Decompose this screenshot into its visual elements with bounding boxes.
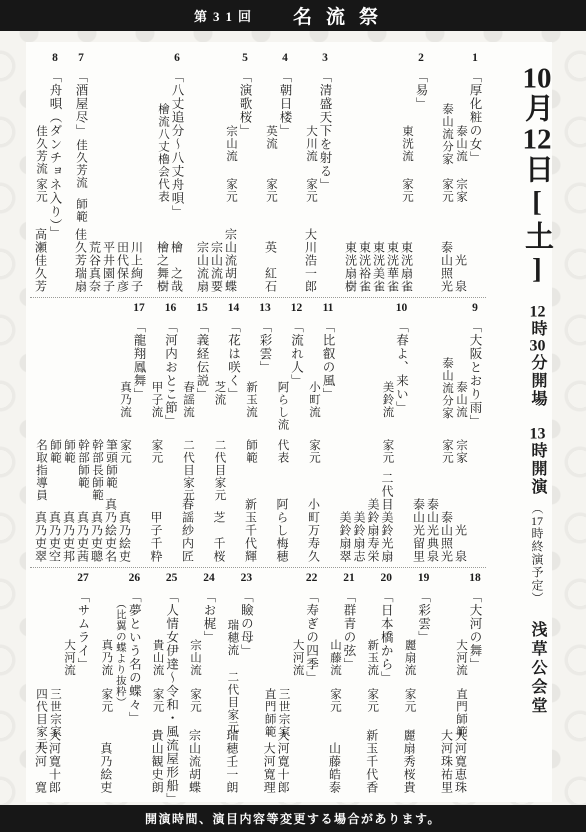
program-column: 英流家元英 紅石 <box>265 52 278 295</box>
school-name: 泰山流分家 <box>439 103 455 166</box>
rank-label: 師範 <box>73 198 89 223</box>
rank-label: 師範 <box>47 439 63 464</box>
rank-label: 家元 <box>187 688 203 713</box>
program-column: 東洸華雀 <box>387 52 400 295</box>
program-item-2: 2「易」東洸流家元東洸扇雀東洸華雀東洸美雀東洸裕雀東洸扇樹 <box>344 52 428 295</box>
event-title: 名流祭 <box>293 2 392 29</box>
program-band-3: 18「大河の舞」大河流直門師範大河寛恵珠大河珠祐里19「彩雲」麗扇流家元麗扇秀桜… <box>30 568 486 798</box>
program-item-15: 15「義経伝説」春謡流二代目家元春謡紗内匠 <box>181 302 209 565</box>
item-number: 2 <box>415 52 428 64</box>
spacer <box>537 288 538 304</box>
date-venue-column: 10月12日[土]12時30分開場 13時開演（17時終演予定）浅草公会堂 <box>488 42 552 802</box>
program-column: 泰山流分家家元泰山照光 <box>441 52 454 295</box>
rank-label: 二代目家元 <box>180 439 196 502</box>
program-column: 美鈴扇志 <box>353 302 366 565</box>
rank-label: 宗家 <box>453 439 469 464</box>
item-number: 17 <box>133 302 146 314</box>
program-item-5: 5「演歌桜」宗山流家元宗山流胡蝶宗山流要宗山流扇 <box>196 52 252 295</box>
program-item-13: 13「彩雲」新玉流師範新玉千代輝 <box>244 302 272 565</box>
school-name: 真乃流 <box>98 639 114 677</box>
program-column: 東洸扇樹 <box>345 52 358 295</box>
item-number: 12 <box>290 302 303 314</box>
program-column: 四代目家元大河 寛 <box>35 572 48 796</box>
school-name: 泰山流 <box>453 125 469 163</box>
rank-label: 家元 <box>327 688 343 713</box>
program-item-11: 11「比叡の風」小町流家元小町万寿久 <box>307 302 335 565</box>
performer-name: 小町万寿久 <box>306 498 323 563</box>
performer-name: 檜之舞樹 <box>155 241 172 293</box>
program-column: 甲子流家元甲子千粋 <box>150 302 163 565</box>
program-column: 24「お梶」 <box>202 572 215 796</box>
rank-label: 師範 <box>61 439 77 464</box>
program-column: 幹部師範真乃吏茜 <box>77 302 90 565</box>
performer-name: 高瀬佳久芳 <box>33 228 50 293</box>
item-number: 8 <box>49 52 62 64</box>
item-number: 26 <box>128 572 141 584</box>
program-column: 13「彩雲」 <box>259 302 272 565</box>
school-name: 泰山流分家 <box>439 357 455 420</box>
program-column: 新玉流家元新玉千代香 <box>366 572 379 796</box>
program-column: 名取指導員真乃吏翠 <box>35 302 48 565</box>
program-column: 佳久芳流家元高瀬佳久芳 <box>35 52 48 295</box>
program-band-2: 9「大阪とおり雨」泰山流宗家光 泉泰山流分家家元泰山照光泰山光典泉泰山光留里10… <box>30 298 486 568</box>
performer-name: 泰山照光 <box>439 241 456 293</box>
program-column: 19「彩雲」 <box>417 572 430 796</box>
program-column: 14「花は咲く」 <box>227 302 240 565</box>
item-number: 9 <box>469 302 482 314</box>
program-item-10: 10「春よ、来い」美鈴流家元二代目美鈴光扇美鈴扇寿栄美鈴扇志美鈴扇翠 <box>339 302 409 565</box>
school-name: 甲子流 <box>149 381 165 419</box>
item-number: 10 <box>395 302 408 314</box>
performer-name: 新玉千代輝 <box>243 498 260 563</box>
event-venue: 浅草公会堂 <box>529 621 546 716</box>
rank-label: 名取指導員 <box>33 439 49 502</box>
rank-label: 幹部師範 <box>75 439 91 489</box>
item-number: 16 <box>164 302 177 314</box>
program-column: 2「易」 <box>415 52 428 295</box>
school-name: 小町流 <box>306 381 322 419</box>
performer-name: 阿らし梅穂 <box>274 498 291 563</box>
item-number: 18 <box>468 572 481 584</box>
program-column: 16「河内おとこ節」 <box>164 302 177 565</box>
school-name: 芝流 <box>212 381 228 406</box>
program-column: 瑞穂流二代目家元瑞穂壬一朗 <box>226 572 239 796</box>
performer-name: 山藤皓泰 <box>326 742 343 794</box>
program-column: 12「流れ人」 <box>290 302 303 565</box>
item-number: 3 <box>319 52 332 64</box>
performer-name: 大河寛理 <box>261 742 278 794</box>
program-column: 泰山流宗家光 泉 <box>455 302 468 565</box>
performer-name: 春謡紗内匠 <box>180 498 197 563</box>
spacer <box>537 605 538 621</box>
item-number: 15 <box>196 302 209 314</box>
program-column: 荒谷真奈 <box>89 52 102 295</box>
program-column: 6「八丈追分～八丈舟唄」檜 之哉 <box>171 52 184 295</box>
rank-label: 家元 <box>306 439 322 464</box>
program-item-17: 17「龍翔鳳舞」真乃流家元真乃絵吏筆頭師範真乃絵吏名幹部長師範真乃吏聰幹部師範真… <box>34 302 146 565</box>
program-item-4: 4「朝日楼」英流家元英 紅石 <box>264 52 292 295</box>
program-column: 阿らし流代表阿らし梅穂 <box>276 302 289 565</box>
rank-label: 家元 <box>399 178 415 203</box>
program-column: 東洸流家元東洸扇雀 <box>401 52 414 295</box>
rank-label: 家元 <box>33 178 49 203</box>
program-bands: 1「厚化粧の女」泰山流宗家光 泉泰山流分家家元泰山照光2「易」東洸流家元東洸扇雀… <box>26 42 488 802</box>
program-item-23: 23「瞼の母」瑞穂流二代目家元瑞穂壬一朗 <box>225 572 253 796</box>
performer-name: 泰山光留里 <box>411 498 428 563</box>
bottom-banner: 開演時間、演目内容等変更する場合があります。 <box>0 805 586 832</box>
program-column: 4「朝日楼」 <box>279 52 292 295</box>
rank-label: 家元 <box>364 688 380 713</box>
rank-label: 家元 <box>439 178 455 203</box>
performer-name: 宗山流胡蝶 <box>186 729 203 794</box>
school-name: 阿らし流 <box>275 381 291 431</box>
program-item-8: 8「舟唄（ダンチョネ入り）」佳久芳流家元高瀬佳久芳 <box>34 52 62 295</box>
program-column: 麗扇流家元麗扇秀桜貴 <box>403 572 416 796</box>
program-column: 大河流直門師範大河寛恵珠 <box>454 572 467 796</box>
performer-name: 貴山観史朗 <box>149 729 166 794</box>
rank-label: 家元 <box>98 688 114 713</box>
event-date: 10月12日[土] <box>521 64 553 288</box>
program-column: 貴山流家元貴山観史朗 <box>151 572 164 796</box>
rank-label: 代表 <box>155 178 171 203</box>
program-column: 三世宗家大河寛十郎 <box>277 572 290 796</box>
program-column: 田代保彦 <box>117 52 130 295</box>
program-column: 宗山流家元宗山流胡蝶 <box>225 52 238 295</box>
rank-label: 家元 <box>402 688 418 713</box>
program-column: 師範真乃吏邦 <box>63 302 76 565</box>
program-column: 美鈴流家元二代目美鈴光扇 <box>381 302 394 565</box>
program-column: 20「日本橋から」 <box>380 572 393 796</box>
program-column: 17「龍翔鳳舞」 <box>133 302 146 565</box>
item-number: 20 <box>380 572 393 584</box>
program-column: 筆頭師範真乃絵吏名 <box>105 302 118 565</box>
performer-name: 麗扇秀桜貴 <box>401 729 418 794</box>
item-title: 「夢という名の蝶々」 <box>125 590 143 725</box>
program-column: 師範真乃吏空 <box>49 302 62 565</box>
school-name: 新玉流 <box>243 381 259 419</box>
school-name: 檜流八丈櫓会 <box>155 103 171 178</box>
rank-label: 家元 <box>303 178 319 203</box>
school-name: 英流 <box>263 125 279 150</box>
program-column: 真乃流家元真乃絵吏 <box>119 302 132 565</box>
program-column: 泰山流宗家光 泉 <box>455 52 468 295</box>
performer-name: 東洸扇樹 <box>343 241 360 293</box>
program-column: 8「舟唄（ダンチョネ入り）」 <box>49 52 62 295</box>
program-column: 新玉流師範新玉千代輝 <box>245 302 258 565</box>
performer-name: 大河 寛 <box>33 742 50 794</box>
item-number: 1 <box>469 52 482 64</box>
rank-label: 二代目家元 <box>212 439 228 502</box>
school-name: 宗山流 <box>223 125 239 163</box>
event-edition: 第31回 <box>194 6 257 25</box>
program-item-16: 16「河内おとこ節」甲子流家元甲子千粋 <box>150 302 178 565</box>
program-item-3: 3「清盛天下を射る」大川流家元大川浩一郎 <box>304 52 332 295</box>
item-number: 4 <box>279 52 292 64</box>
event-time: 12時30分開場 13時開演 <box>529 304 546 496</box>
performer-name: 英 紅石 <box>263 241 280 293</box>
rank-label: 幹部長師範 <box>89 439 105 502</box>
school-name: 新玉流 <box>364 639 380 677</box>
program-item-18: 18「大河の舞」大河流直門師範大河寛恵珠大河珠祐里 <box>440 572 482 796</box>
program-column: 三世宗家大河寛十郎 <box>49 572 62 796</box>
program-item-26: 26「夢という名の蝶々」（比翼の蝶より抜粋）真乃流家元真乃絵吏 <box>99 572 141 796</box>
performer-name: 真乃吏翠 <box>33 511 50 563</box>
program-column: 東洸裕雀 <box>359 52 372 295</box>
performer-name: 瑞穂壬一朗 <box>224 729 241 794</box>
program-column: 直門師範大河寛理 <box>263 572 276 796</box>
school-name: 大河流 <box>290 639 306 677</box>
program-column: 真乃流家元真乃絵吏 <box>100 572 113 796</box>
rank-label: 家元 <box>439 439 455 464</box>
item-number: 14 <box>227 302 240 314</box>
performer-name: 大河珠祐里 <box>438 729 455 794</box>
item-title: （比翼の蝶より抜粋） <box>113 598 128 708</box>
school-name: 美鈴流 <box>380 381 396 419</box>
item-number: 25 <box>165 572 178 584</box>
program-column: 美鈴扇翠 <box>339 302 352 565</box>
program-column: 21「群青の弦」 <box>342 572 355 796</box>
rank-label: 家元 <box>263 178 279 203</box>
program-item-14: 14「花は咲く」芝流二代目家元芝 千桜 <box>213 302 241 565</box>
rank-label: 家元 <box>380 439 396 464</box>
program-item-1: 1「厚化粧の女」泰山流宗家光 泉泰山流分家家元泰山照光 <box>440 52 482 295</box>
program-band-1: 1「厚化粧の女」泰山流宗家光 泉泰山流分家家元泰山照光2「易」東洸流家元東洸扇雀… <box>30 48 486 298</box>
program-column: 大河流 <box>63 572 76 796</box>
program-item-6: 6「八丈追分～八丈舟唄」檜 之哉檜流八丈櫓会代表檜之舞樹 <box>156 52 184 295</box>
item-number: 11 <box>322 302 335 314</box>
item-number: 5 <box>239 52 252 64</box>
program-column: 小町流家元小町万寿久 <box>308 302 321 565</box>
rank-label: 代表 <box>275 439 291 464</box>
rank-label: 師範 <box>243 439 259 464</box>
item-number: 22 <box>305 572 318 584</box>
school-name: 大河流 <box>453 639 469 677</box>
rank-label: 二代目家元 <box>224 671 240 734</box>
school-name: 瑞穂流 <box>224 619 240 657</box>
school-name: 真乃流 <box>117 381 133 419</box>
school-name: 春謡流 <box>180 381 196 419</box>
rank-label: 家元 <box>117 439 133 464</box>
program-column: 18「大河の舞」 <box>468 572 481 796</box>
item-number: 21 <box>342 572 355 584</box>
item-number: 6 <box>171 52 184 64</box>
program-column: 泰山光典泉 <box>427 302 440 565</box>
program-column: 3「清盛天下を射る」 <box>319 52 332 295</box>
school-name: 山藤流 <box>327 639 343 677</box>
program-column: 山藤流家元山藤皓泰 <box>328 572 341 796</box>
program-column: 芝流二代目家元芝 千桜 <box>213 302 226 565</box>
program-column: 27「サムライ」 <box>77 572 90 796</box>
performer-name: 佳久芳瑞扇 <box>73 228 90 293</box>
program-column: 泰山流分家家元泰山照光 <box>441 302 454 565</box>
program-column: 10「春よ、来い」 <box>395 302 408 565</box>
performer-name: 芝 千桜 <box>211 511 228 563</box>
program-column: 23「瞼の母」 <box>240 572 253 796</box>
program-column: 春謡流二代目家元春謡紗内匠 <box>182 302 195 565</box>
program-column: 22「寿ぎの四季」 <box>305 572 318 796</box>
school-name: 東洸流 <box>399 125 415 163</box>
item-number: 19 <box>417 572 430 584</box>
performer-name: 美鈴扇翠 <box>337 511 354 563</box>
rank-label: 家元 <box>149 439 165 464</box>
program-column: 美鈴扇寿栄 <box>367 302 380 565</box>
item-title: 「彩雲」 <box>256 320 274 374</box>
item-number: 13 <box>259 302 272 314</box>
program-column: 9「大阪とおり雨」 <box>469 302 482 565</box>
item-number: 24 <box>202 572 215 584</box>
program-column: 大川流家元大川浩一郎 <box>305 52 318 295</box>
school-name: 宗山流 <box>187 639 203 677</box>
content-panel: 10月12日[土]12時30分開場 13時開演（17時終演予定）浅草公会堂 1「… <box>26 42 552 802</box>
school-name: 佳久芳流 <box>73 139 89 189</box>
item-number: 7 <box>75 52 88 64</box>
program-column: 11「比叡の風」 <box>322 302 335 565</box>
program-item-12: 12「流れ人」阿らし流代表阿らし梅穂 <box>276 302 304 565</box>
item-number: 27 <box>77 572 90 584</box>
item-title: 「彩雲」 <box>415 590 433 644</box>
program-column: 東洸美雀 <box>373 52 386 295</box>
program-column: 幹部長師範真乃吏聰 <box>91 302 104 565</box>
program-column: 檜流八丈櫓会代表檜之舞樹 <box>157 52 170 295</box>
program-flyer: { "header": { "edition": "第31回", "title"… <box>0 0 586 832</box>
school-name: 泰山流 <box>453 381 469 419</box>
performer-name: 真乃絵吏 <box>98 742 115 794</box>
program-column: （比翼の蝶より抜粋） <box>114 572 127 796</box>
event-time-note: （17時終演予定） <box>530 502 544 605</box>
school-name: 大川流 <box>303 125 319 163</box>
program-column: 5「演歌桜」 <box>239 52 252 295</box>
performer-name: 宗山流扇 <box>195 241 212 293</box>
program-column: 7「酒屋尽」佳久芳流師範佳久芳瑞扇 <box>75 52 88 295</box>
rank-label: 筆頭師範 <box>103 439 119 489</box>
performer-name: 大川浩一郎 <box>303 228 320 293</box>
program-item-27: 27「サムライ」大河流三世宗家大河寛十郎四代目家元大河 寛 <box>34 572 90 796</box>
item-title: 「流れ人」 <box>288 320 306 388</box>
program-item-22: 22「寿ぎの四季」大河流三世宗家大河寛十郎直門師範大河寛理 <box>263 572 319 796</box>
program-item-9: 9「大阪とおり雨」泰山流宗家光 泉泰山流分家家元泰山照光泰山光典泉泰山光留里 <box>412 302 482 565</box>
program-column: 泰山光留里 <box>413 302 426 565</box>
program-item-24: 24「お梶」宗山流家元宗山流胡蝶 <box>188 572 216 796</box>
rank-label: 宗家 <box>453 178 469 203</box>
program-column: 宗山流家元宗山流胡蝶 <box>188 572 201 796</box>
item-title: 「酒屋尽」 <box>72 70 90 138</box>
school-name: 佳久芳流 <box>33 125 49 175</box>
item-number: 23 <box>240 572 253 584</box>
rank-label: 家元 <box>223 178 239 203</box>
program-column: 15「義経伝説」 <box>196 302 209 565</box>
program-column: 川上絢子 <box>131 52 144 295</box>
program-item-7: 川上絢子田代保彦平井園子荒谷真奈7「酒屋尽」佳久芳流師範佳久芳瑞扇 <box>74 52 144 295</box>
item-title: 「お梶」 <box>200 590 218 644</box>
program-column: 26「夢という名の蝶々」 <box>128 572 141 796</box>
program-item-25: 25「人情女伊達～令和・風流屋形船」貴山流家元貴山観史朗 <box>151 572 179 796</box>
program-column: 大河流 <box>291 572 304 796</box>
performer-name: 新玉千代香 <box>364 729 381 794</box>
program-item-19: 19「彩雲」麗扇流家元麗扇秀桜貴 <box>403 572 431 796</box>
top-banner: 第31回 名流祭 <box>0 0 586 31</box>
school-name: 貴山流 <box>150 639 166 677</box>
program-item-20: 20「日本橋から」新玉流家元新玉千代香 <box>365 572 393 796</box>
program-column: 宗山流扇 <box>197 52 210 295</box>
program-column: 平井園子 <box>103 52 116 295</box>
program-column: 宗山流要 <box>211 52 224 295</box>
change-notice: 開演時間、演目内容等変更する場合があります。 <box>145 810 441 827</box>
program-column: 25「人情女伊達～令和・風流屋形船」 <box>165 572 178 796</box>
school-name: 大河流 <box>61 639 77 677</box>
rank-label: 家元 <box>150 688 166 713</box>
school-name: 麗扇流 <box>402 639 418 677</box>
program-column: 大河珠祐里 <box>440 572 453 796</box>
item-title: 「易」 <box>412 70 430 111</box>
performer-name: 甲子千粋 <box>148 511 165 563</box>
program-column: 1「厚化粧の女」 <box>469 52 482 295</box>
rank-label: 直門師範 <box>262 688 278 738</box>
program-item-21: 21「群青の弦」山藤流家元山藤皓泰 <box>328 572 356 796</box>
